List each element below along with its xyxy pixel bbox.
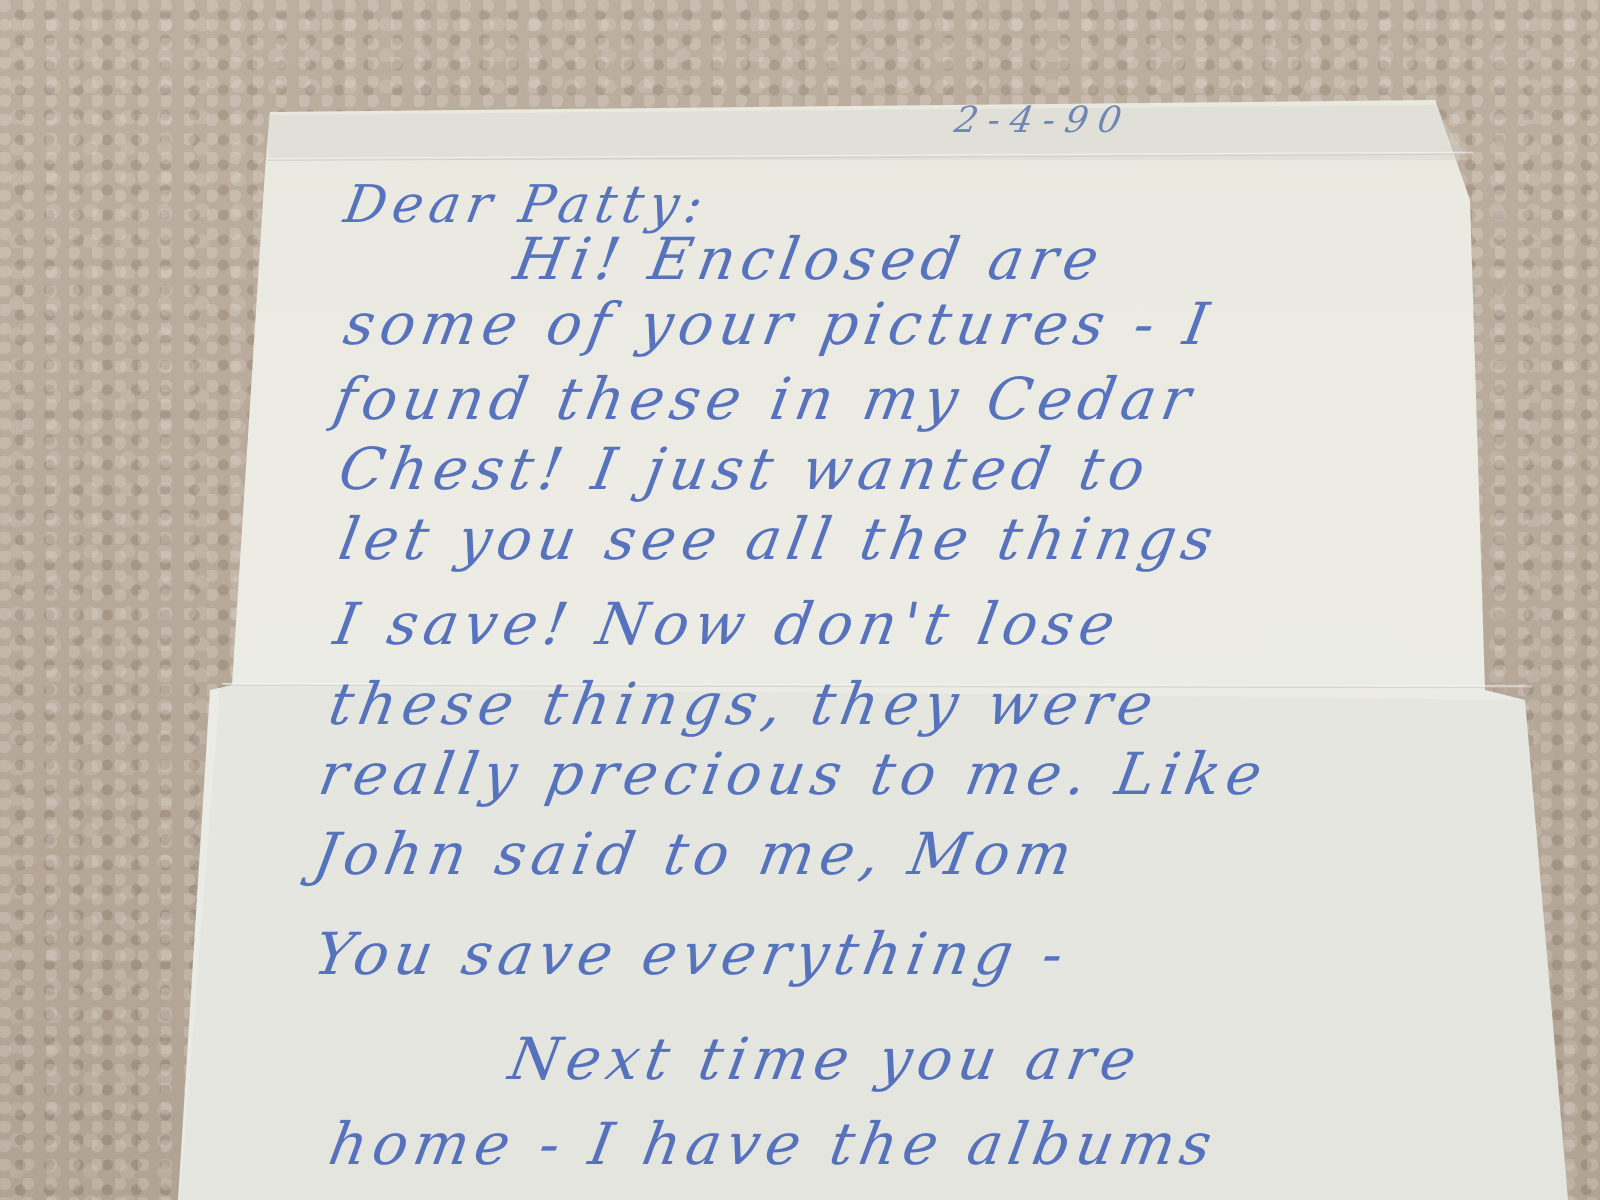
letter-line-8: really precious to me. Like (314, 740, 1273, 808)
letter-line-4: Chest! I just wanted to (334, 435, 1156, 503)
letter-line-7: these things, they were (324, 670, 1164, 738)
letter-line-12: home - I have the albums (324, 1110, 1223, 1178)
letter-line-11: Next time you are (504, 1025, 1147, 1093)
letter-line-1: Hi! Enclosed are (509, 225, 1110, 293)
letter-line-6: I save! Now don't lose (329, 590, 1126, 658)
letter-date: 2-4-90 (951, 100, 1134, 141)
letter-line-2: some of your pictures - I (339, 290, 1219, 358)
letter-line-5: let you see all the things (334, 505, 1224, 573)
letter-line-9: John said to me, Mom (309, 820, 1083, 888)
letter-line-10: You save everything - (309, 920, 1074, 988)
letter-line-3: found these in my Cedar (329, 365, 1202, 433)
